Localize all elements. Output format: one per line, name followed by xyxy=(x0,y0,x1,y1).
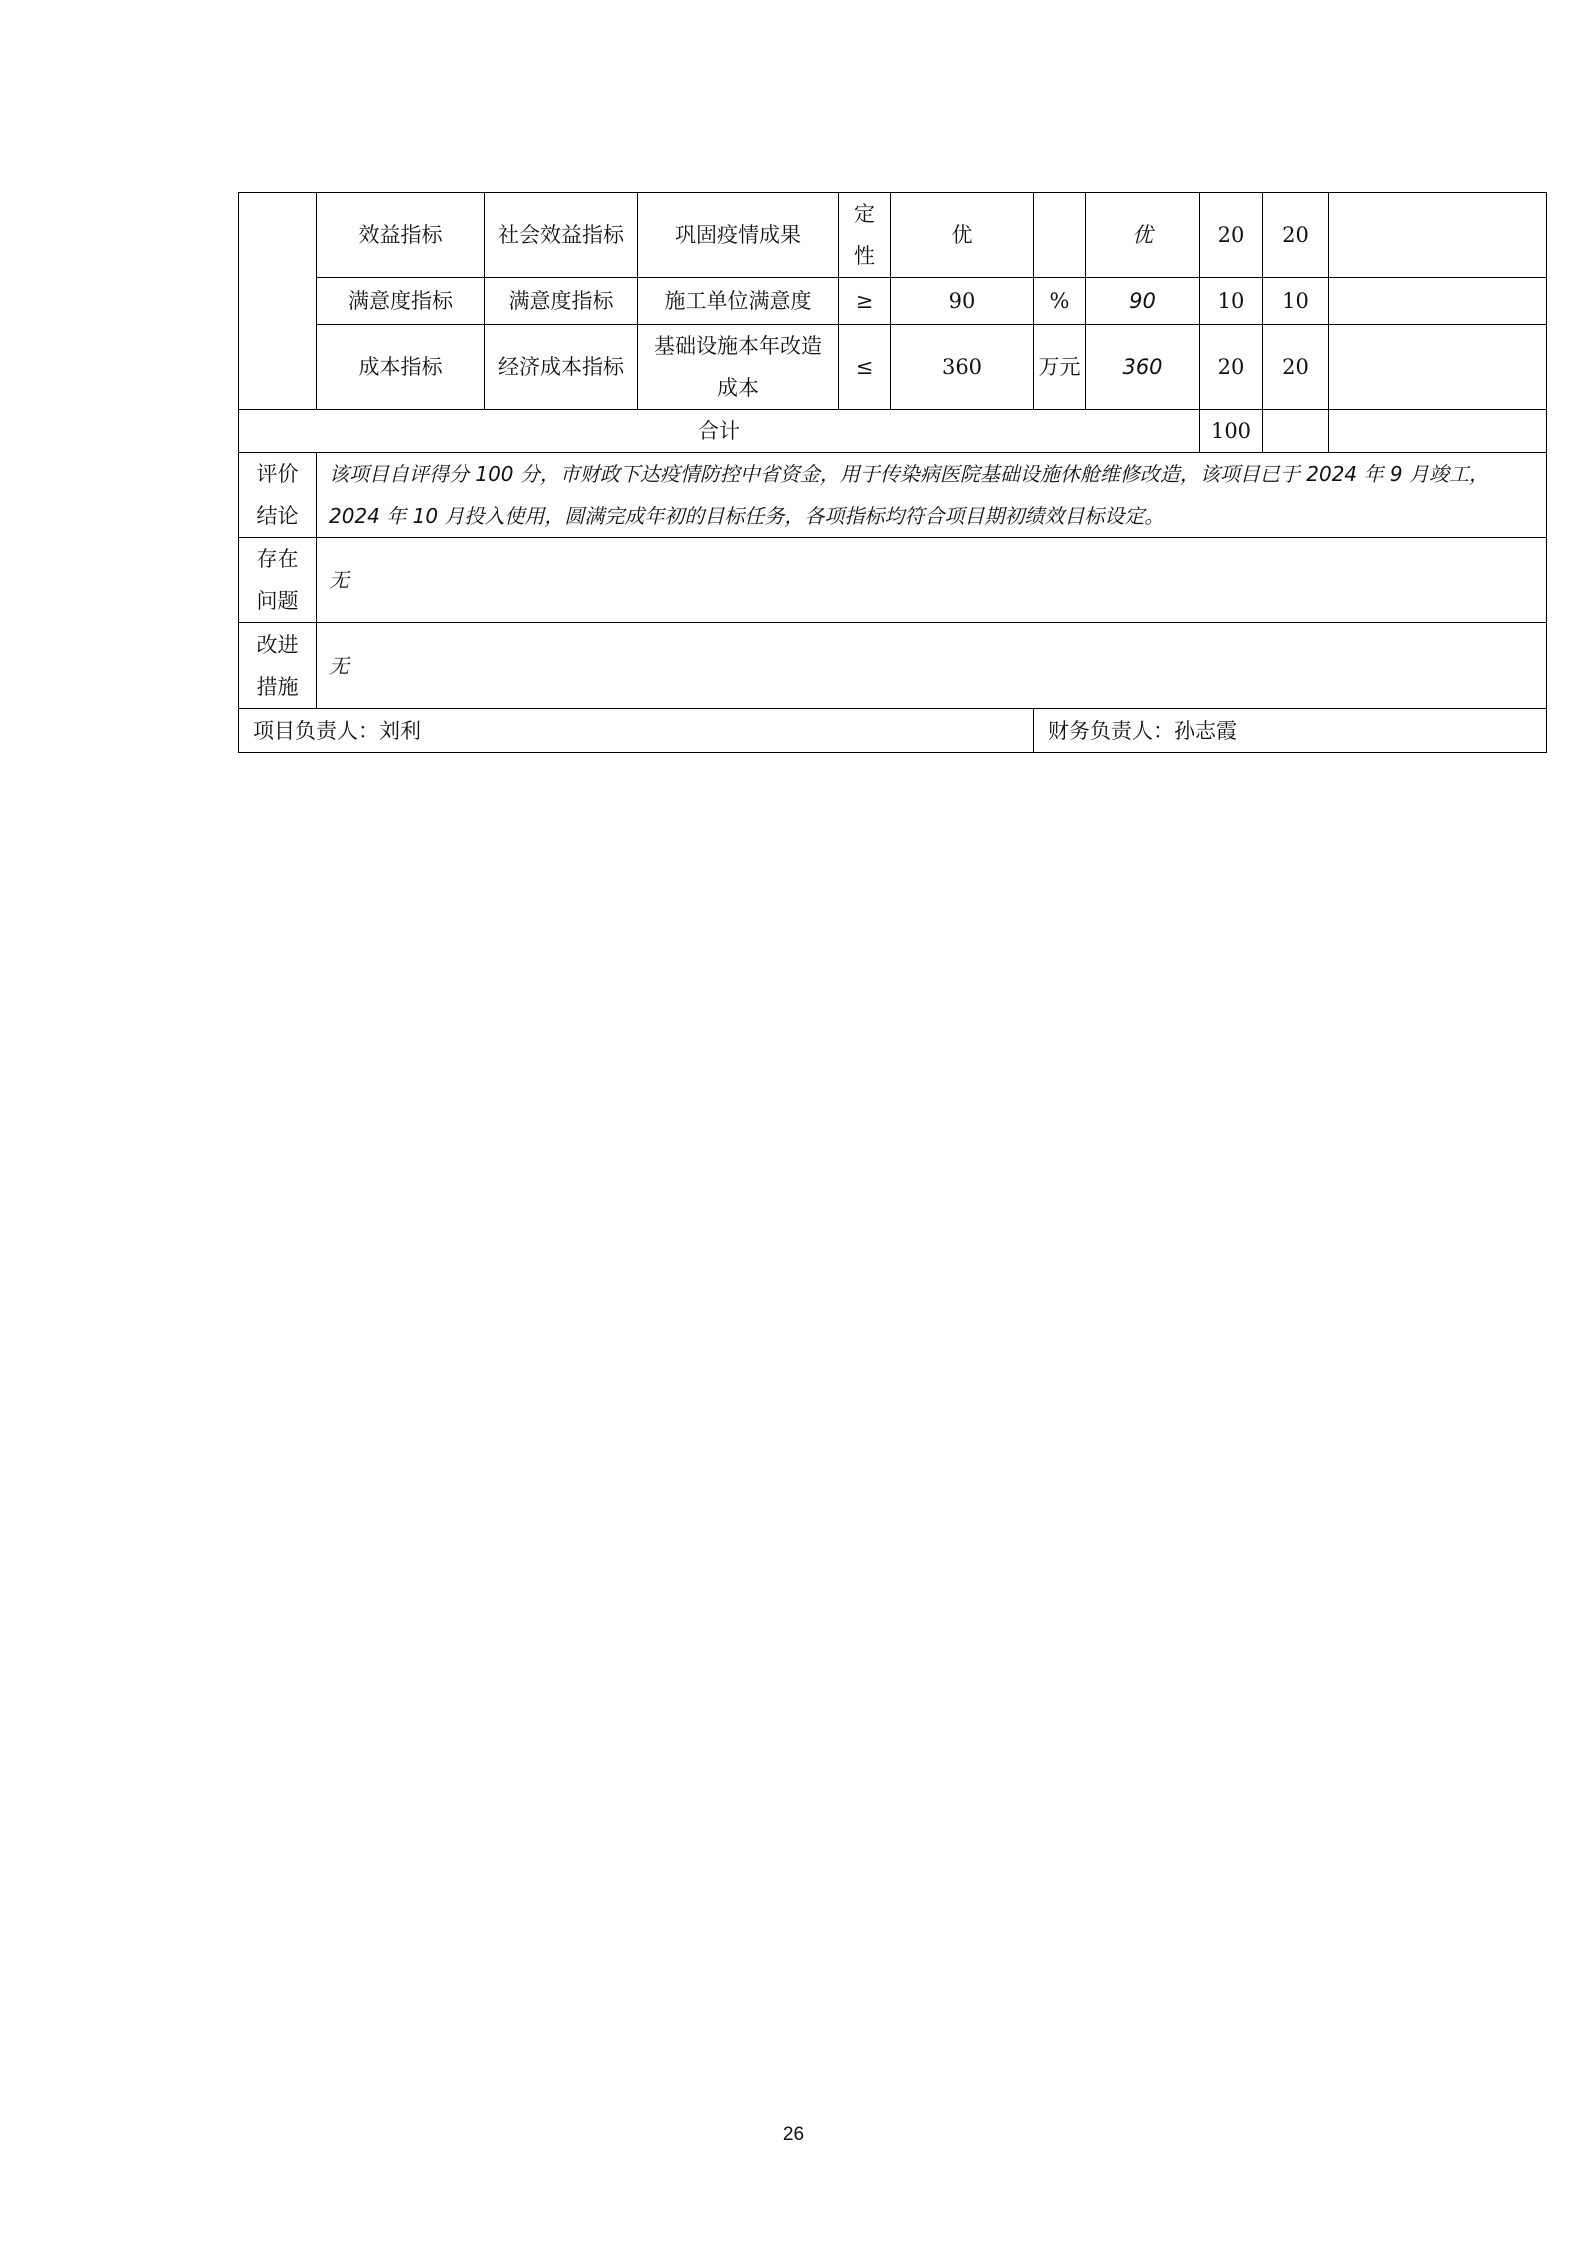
conclusion-label: 评价结论 xyxy=(239,453,317,538)
operator: ≤ xyxy=(839,325,891,410)
target-value: 90 xyxy=(891,278,1034,325)
actual-value: 优 xyxy=(1086,193,1200,278)
unit: 万元 xyxy=(1034,325,1086,410)
signature-row: 项目负责人：刘利 财务负责人：孙志霞 xyxy=(239,709,1547,753)
total-weight: 100 xyxy=(1200,410,1263,453)
table-row: 效益指标 社会效益指标 巩固疫情成果 定性 优 优 20 20 xyxy=(239,193,1547,278)
project-lead: 项目负责人：刘利 xyxy=(239,709,1034,753)
operator: ≥ xyxy=(839,278,891,325)
level2-indicator: 满意度指标 xyxy=(485,278,638,325)
level1-indicator: 满意度指标 xyxy=(317,278,485,325)
actual-value: 360 xyxy=(1086,325,1200,410)
level1-indicator: 效益指标 xyxy=(317,193,485,278)
operator: 定性 xyxy=(839,193,891,278)
indicator-name: 基础设施本年改造成本 xyxy=(638,325,839,410)
improvements-text: 无 xyxy=(317,623,1547,709)
note xyxy=(1329,278,1547,325)
problems-text: 无 xyxy=(317,538,1547,623)
total-label: 合计 xyxy=(239,410,1200,453)
score: 20 xyxy=(1263,325,1329,410)
level1-indicator: 成本指标 xyxy=(317,325,485,410)
conclusion-row: 评价结论 该项目自评得分 100 分，市财政下达疫情防控中省资金，用于传染病医院… xyxy=(239,453,1547,538)
page-number: 26 xyxy=(0,2124,1587,2146)
total-score xyxy=(1263,410,1329,453)
level2-indicator: 经济成本指标 xyxy=(485,325,638,410)
weight: 20 xyxy=(1200,325,1263,410)
improvements-row: 改进措施 无 xyxy=(239,623,1547,709)
level2-indicator: 社会效益指标 xyxy=(485,193,638,278)
weight: 10 xyxy=(1200,278,1263,325)
target-value: 360 xyxy=(891,325,1034,410)
actual-value: 90 xyxy=(1086,278,1200,325)
category-cell-empty xyxy=(239,193,317,410)
note xyxy=(1329,193,1547,278)
score: 20 xyxy=(1263,193,1329,278)
target-value: 优 xyxy=(891,193,1034,278)
performance-evaluation-table: 效益指标 社会效益指标 巩固疫情成果 定性 优 优 20 20 满意度指标 满意… xyxy=(238,192,1547,753)
finance-lead: 财务负责人：孙志霞 xyxy=(1034,709,1547,753)
score: 10 xyxy=(1263,278,1329,325)
total-note xyxy=(1329,410,1547,453)
unit: % xyxy=(1034,278,1086,325)
problems-label: 存在问题 xyxy=(239,538,317,623)
improvements-label: 改进措施 xyxy=(239,623,317,709)
indicator-name: 巩固疫情成果 xyxy=(638,193,839,278)
problems-row: 存在问题 无 xyxy=(239,538,1547,623)
table-row: 满意度指标 满意度指标 施工单位满意度 ≥ 90 % 90 10 10 xyxy=(239,278,1547,325)
table-row: 成本指标 经济成本指标 基础设施本年改造成本 ≤ 360 万元 360 20 2… xyxy=(239,325,1547,410)
weight: 20 xyxy=(1200,193,1263,278)
note xyxy=(1329,325,1547,410)
total-row: 合计 100 xyxy=(239,410,1547,453)
unit xyxy=(1034,193,1086,278)
indicator-name: 施工单位满意度 xyxy=(638,278,839,325)
conclusion-text: 该项目自评得分 100 分，市财政下达疫情防控中省资金，用于传染病医院基础设施休… xyxy=(317,453,1547,538)
